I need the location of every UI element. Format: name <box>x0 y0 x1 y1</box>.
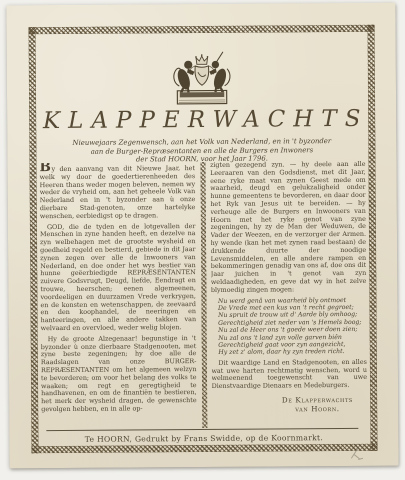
signature: De Klapperwachts van Hoorn. <box>212 395 368 415</box>
printer-imprint: Te HOORN, Gedrukt by Frans Swidde, op de… <box>9 433 398 445</box>
border-bottom <box>31 444 377 453</box>
verse-line: Nu zal de Heer ons 't goede weer doen zi… <box>218 326 367 334</box>
right-column: zigten gezegend zyn. — hy deele aan alle… <box>210 161 367 428</box>
paragraph-blessing: GOD, die de tyden en de lotgevallen der … <box>40 223 196 333</box>
scan-backdrop: KLAPPERWACHTS Nieuwejaars Zegenwensch, a… <box>0 0 405 480</box>
body-columns: By den aanvang van dit Nieuwe Jaar, het … <box>39 161 367 429</box>
paragraph-continuation: zigten gezegend zyn. — hy deele aan alle… <box>210 161 366 295</box>
paragraph-closing: Dit waardige Land en Stadgenooten, en al… <box>211 359 367 391</box>
left-column: By den aanvang van dit Nieuwe Jaar, het … <box>39 162 196 429</box>
border-right <box>368 25 378 451</box>
paragraph-city: Hy de groote Alzegenaar! begunstige in '… <box>41 335 197 414</box>
document-sheet: KLAPPERWACHTS Nieuwejaars Zegenwensch, a… <box>6 3 398 469</box>
signature-line-1: De Klapperwachts <box>268 395 368 405</box>
psalm-verse: Nu werd genâ van waarheid bly ontmoet De… <box>218 296 367 356</box>
hoorn-crest-icon <box>151 38 252 113</box>
pencil-collector-mark-icon <box>348 447 364 461</box>
paragraph-opening: By den aanvang van dit Nieuwe Jaar, het … <box>39 162 195 221</box>
verse-line: Hy zet z' alom, daar hy zyn treden richt… <box>218 348 367 356</box>
border-top <box>29 25 375 34</box>
signature-line-2: van Hoorn. <box>268 404 368 414</box>
document-title: KLAPPERWACHTS <box>7 106 396 135</box>
column-divider <box>200 162 207 428</box>
border-left <box>29 27 39 453</box>
